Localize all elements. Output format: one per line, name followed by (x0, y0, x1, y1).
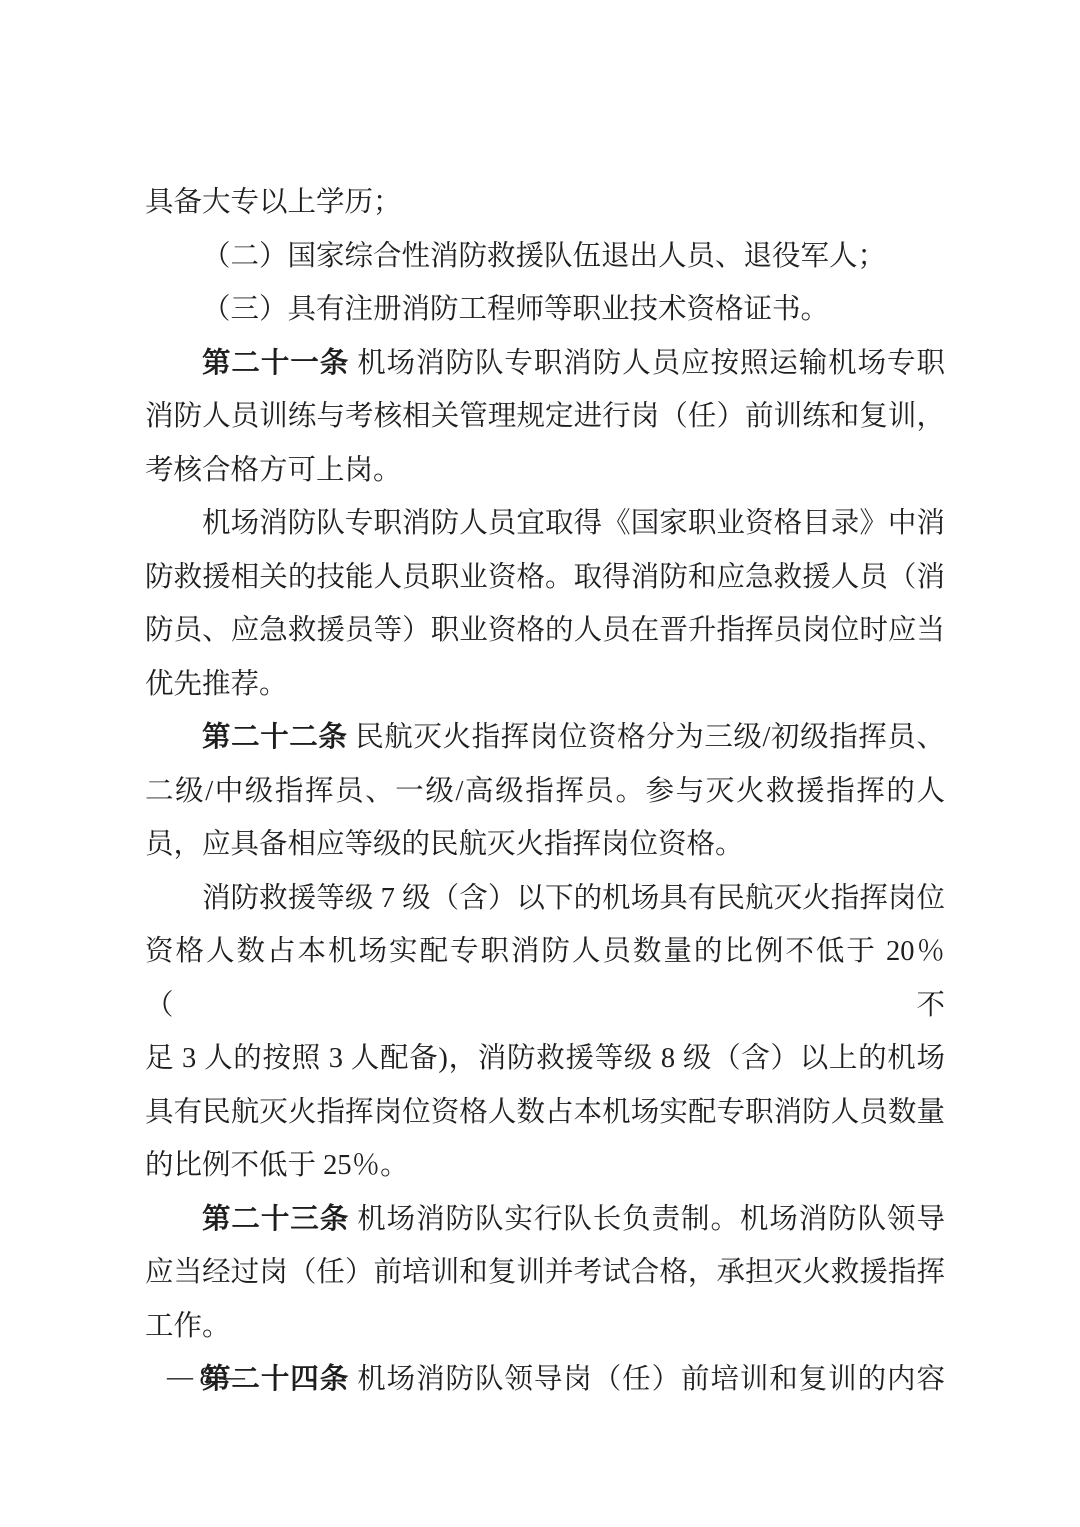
text-run: 具有民航灭火指挥岗位资格人数占本机场实配专职消防人员数量 (145, 1097, 945, 1128)
text-run: 考核合格方可上岗。 (145, 455, 402, 486)
text-run: 资格人数占本机场实配专职消防人员数量的比例不低于 20％（不 (145, 936, 945, 1021)
text-line: 第二十一条 机场消防队专职消防人员应按照运输机场专职 (145, 337, 945, 391)
text-run: 机场消防队专职消防人员宜取得《国家职业资格目录》中消 (202, 508, 945, 539)
text-line: 防员、应急救援员等）职业资格的人员在晋升指挥员岗位时应当 (145, 604, 945, 658)
text-line: 第二十四条 机场消防队领导岗（任）前培训和复训的内容 (145, 1353, 945, 1407)
text-line: 二级/中级指挥员、一级/高级指挥员。参与灭火救援指挥的人 (145, 765, 945, 819)
text-run: 具备大专以上学历； (145, 187, 402, 218)
text-line: 具有民航灭火指挥岗位资格人数占本机场实配专职消防人员数量 (145, 1086, 945, 1140)
text-line: 消防人员训练与考核相关管理规定进行岗（任）前训练和复训， (145, 390, 945, 444)
text-run: 足 3 人的按照 3 人配备)，消防救援等级 8 级（含）以上的机场 (145, 1043, 945, 1074)
text-line: 考核合格方可上岗。 (145, 444, 945, 498)
text-run: （三）具有注册消防工程师等职业技术资格证书。 (202, 294, 829, 325)
text-line: 具备大专以上学历； (145, 176, 945, 230)
article-number: 第二十三条 (202, 1204, 349, 1235)
text-line: 员，应具备相应等级的民航灭火指挥岗位资格。 (145, 818, 945, 872)
text-line: 应当经过岗（任）前培训和复训并考试合格，承担灭火救援指挥 (145, 1246, 945, 1300)
text-run: （二）国家综合性消防救援队伍退出人员、退役军人； (202, 241, 886, 272)
text-line: 的比例不低于 25％。 (145, 1139, 945, 1193)
text-run: 二级/中级指挥员、一级/高级指挥员。参与灭火救援指挥的人 (145, 776, 945, 807)
text-line: （三）具有注册消防工程师等职业技术资格证书。 (145, 283, 945, 337)
text-line: 工作。 (145, 1300, 945, 1354)
text-line: 资格人数占本机场实配专职消防人员数量的比例不低于 20％（不 (145, 925, 945, 1032)
text-run: 机场消防队实行队长负责制。机场消防队领导 (357, 1204, 945, 1235)
text-run: 的比例不低于 25％。 (145, 1150, 409, 1181)
text-run: 优先推荐。 (145, 669, 288, 700)
text-run: 工作。 (145, 1311, 231, 1342)
text-run: 民航灭火指挥岗位资格分为三级/初级指挥员、 (355, 722, 945, 753)
text-run: 机场消防队领导岗（任）前培训和复训的内容 (357, 1364, 945, 1395)
text-run: 防员、应急救援员等）职业资格的人员在晋升指挥员岗位时应当 (145, 615, 945, 646)
text-line: 机场消防队专职消防人员宜取得《国家职业资格目录》中消 (145, 497, 945, 551)
text-line: 足 3 人的按照 3 人配备)，消防救援等级 8 级（含）以上的机场 (145, 1032, 945, 1086)
text-line: 优先推荐。 (145, 658, 945, 712)
page-number: — 8 — (167, 1360, 245, 1394)
text-run: 消防人员训练与考核相关管理规定进行岗（任）前训练和复训， (145, 401, 945, 432)
text-line: 消防救援等级 7 级（含）以下的机场具有民航灭火指挥岗位 (145, 872, 945, 926)
text-line: 第二十三条 机场消防队实行队长负责制。机场消防队领导 (145, 1193, 945, 1247)
article-number: 第二十一条 (202, 348, 349, 379)
text-run: 机场消防队专职消防人员应按照运输机场专职 (357, 348, 945, 379)
text-run: 员，应具备相应等级的民航灭火指挥岗位资格。 (145, 829, 744, 860)
text-run: 防救援相关的技能人员职业资格。取得消防和应急救援人员（消 (145, 562, 945, 593)
text-line: 第二十二条 民航灭火指挥岗位资格分为三级/初级指挥员、 (145, 711, 945, 765)
document-text-block: 具备大专以上学历；（二）国家综合性消防救援队伍退出人员、退役军人；（三）具有注册… (145, 176, 945, 1407)
text-run: 消防救援等级 7 级（含）以下的机场具有民航灭火指挥岗位 (202, 883, 945, 914)
text-run: 应当经过岗（任）前培训和复训并考试合格，承担灭火救援指挥 (145, 1257, 945, 1288)
article-number: 第二十二条 (202, 722, 347, 753)
document-page: 具备大专以上学历；（二）国家综合性消防救援队伍退出人员、退役军人；（三）具有注册… (0, 0, 1080, 1527)
text-line: 防救援相关的技能人员职业资格。取得消防和应急救援人员（消 (145, 551, 945, 605)
text-line: （二）国家综合性消防救援队伍退出人员、退役军人； (145, 230, 945, 284)
